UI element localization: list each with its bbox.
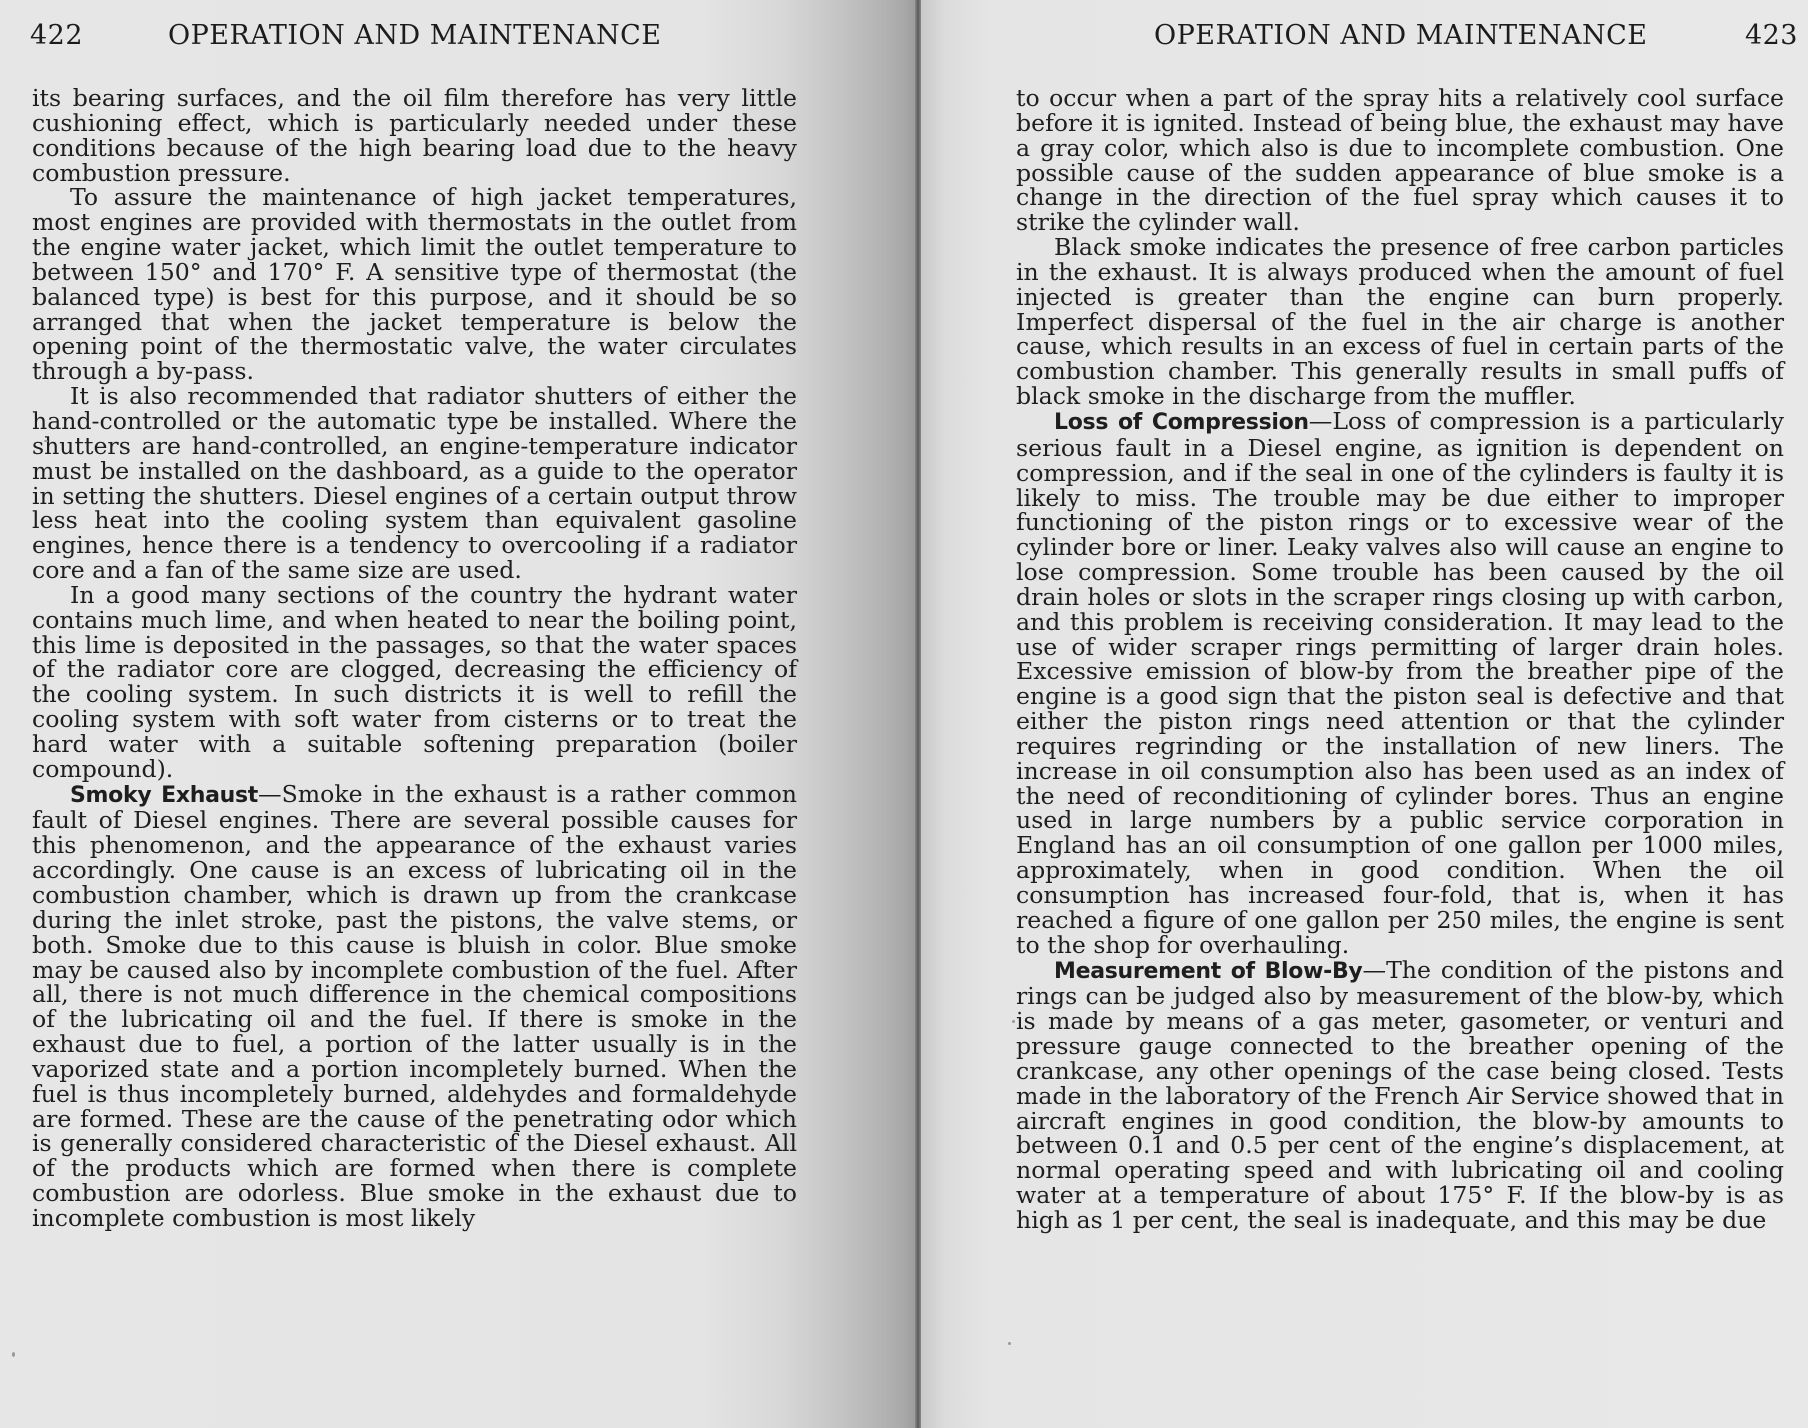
page-number: 422 [30,20,83,51]
paragraph: its bearing surfaces, and the oil film t… [32,86,797,185]
left-page-body: its bearing surfaces, and the oil film t… [32,86,797,1231]
paragraph: Black smoke indicates the presence of fr… [1016,235,1784,409]
book-spread: 422 OPERATION AND MAINTENANCE its bearin… [0,0,1808,1428]
paper-speck [44,440,48,442]
paragraph-smoky-exhaust: Smoky Exhaust—Smoke in the exhaust is a … [32,782,797,1231]
section-heading: Measurement of Blow-By [1054,959,1362,984]
page-number: 423 [1745,20,1798,51]
paragraph-text: —Loss of compression is a particularly s… [1016,407,1784,959]
paragraph: To assure the maintenance of high jacket… [32,185,797,384]
paragraph-text: —The condition of the pistons and rings … [1016,956,1784,1234]
paragraph-measurement-of-blow-by: Measurement of Blow-By—The condition of … [1016,958,1784,1233]
paragraph: It is also recommended that radiator shu… [32,384,797,583]
right-page-body: to occur when a part of the spray hits a… [1016,86,1784,1233]
section-heading: Smoky Exhaust [70,783,258,808]
paragraph: In a good many sections of the country t… [32,583,797,782]
right-page: OPERATION AND MAINTENANCE 423 to occur w… [921,0,1808,1428]
paragraph-loss-of-compression: Loss of Compression—Loss of compression … [1016,409,1784,958]
running-head-title: OPERATION AND MAINTENANCE [1154,20,1648,51]
paragraph: to occur when a part of the spray hits a… [1016,86,1784,235]
left-page: 422 OPERATION AND MAINTENANCE its bearin… [0,0,915,1428]
paper-speck [12,1352,15,1357]
paper-speck [1012,1020,1015,1023]
paragraph-text: —Smoke in the exhaust is a rather common… [32,780,797,1232]
section-heading: Loss of Compression [1054,410,1309,435]
paper-speck [1008,1342,1011,1345]
running-head-title: OPERATION AND MAINTENANCE [168,20,662,51]
